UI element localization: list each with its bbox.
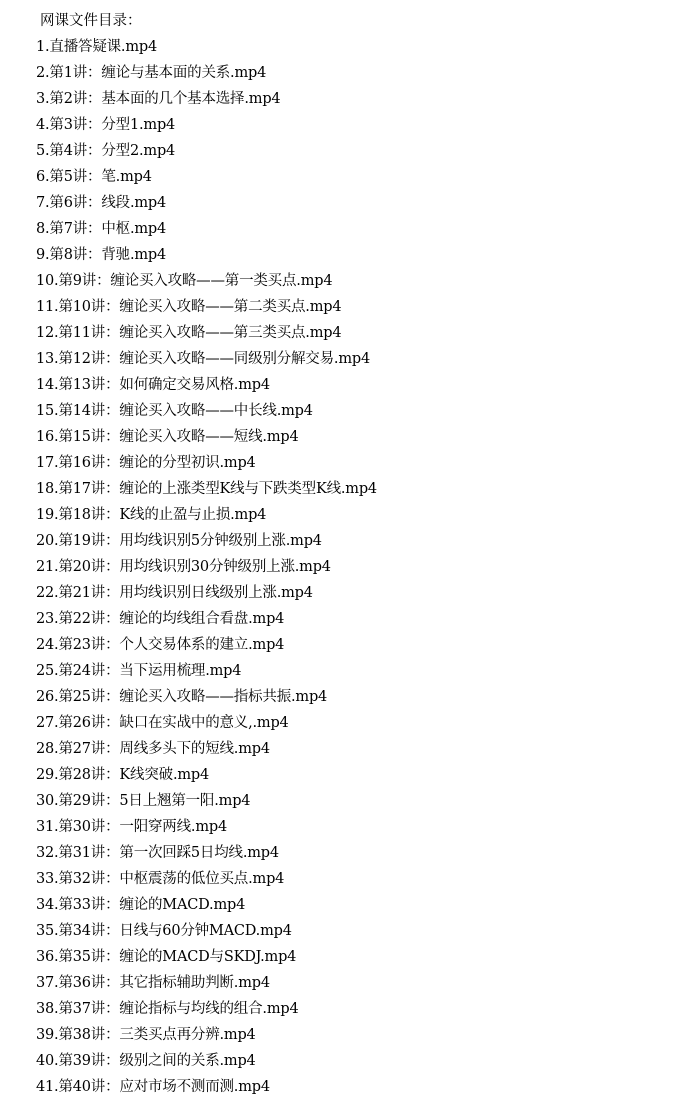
file-list-item: 28.第27讲：周线多头下的短线.mp4 — [36, 736, 377, 762]
file-list-item: 26.第25讲：缠论买入攻略——指标共振.mp4 — [36, 684, 377, 710]
file-list-item: 19.第18讲：K线的止盈与止损.mp4 — [36, 502, 377, 528]
file-list-item: 17.第16讲：缠论的分型初识.mp4 — [36, 450, 377, 476]
file-list-item: 1.直播答疑课.mp4 — [36, 34, 377, 60]
directory-title: 网课文件目录： — [36, 8, 377, 34]
file-list-item: 32.第31讲：第一次回踩5日均线.mp4 — [36, 840, 377, 866]
file-list-item: 24.第23讲：个人交易体系的建立.mp4 — [36, 632, 377, 658]
file-list-item: 14.第13讲：如何确定交易风格.mp4 — [36, 372, 377, 398]
file-list-item: 25.第24讲：当下运用梳理.mp4 — [36, 658, 377, 684]
file-list-item: 13.第12讲：缠论买入攻略——同级别分解交易.mp4 — [36, 346, 377, 372]
file-list-item: 37.第36讲：其它指标辅助判断.mp4 — [36, 970, 377, 996]
file-list-item: 20.第19讲：用均线识别5分钟级别上涨.mp4 — [36, 528, 377, 554]
file-list-item: 8.第7讲：中枢.mp4 — [36, 216, 377, 242]
file-list-item: 10.第9讲：缠论买入攻略——第一类买点.mp4 — [36, 268, 377, 294]
file-list-item: 39.第38讲：三类买点再分辨.mp4 — [36, 1022, 377, 1048]
file-list-item: 21.第20讲：用均线识别30分钟级别上涨.mp4 — [36, 554, 377, 580]
file-list-item: 6.第5讲：笔.mp4 — [36, 164, 377, 190]
file-list-item: 23.第22讲：缠论的均线组合看盘.mp4 — [36, 606, 377, 632]
file-list-item: 5.第4讲：分型2.mp4 — [36, 138, 377, 164]
file-list-item: 30.第29讲：5日上翘第一阳.mp4 — [36, 788, 377, 814]
file-list-item: 33.第32讲：中枢震荡的低位买点.mp4 — [36, 866, 377, 892]
file-list-item: 22.第21讲：用均线识别日线级别上涨.mp4 — [36, 580, 377, 606]
file-list-item: 34.第33讲：缠论的MACD.mp4 — [36, 892, 377, 918]
file-list-item: 3.第2讲：基本面的几个基本选择.mp4 — [36, 86, 377, 112]
file-list-item: 15.第14讲：缠论买入攻略——中长线.mp4 — [36, 398, 377, 424]
file-list-item: 36.第35讲：缠论的MACD与SKDJ.mp4 — [36, 944, 377, 970]
file-list-item: 9.第8讲：背驰.mp4 — [36, 242, 377, 268]
file-list-item: 16.第15讲：缠论买入攻略——短线.mp4 — [36, 424, 377, 450]
file-list-item: 18.第17讲：缠论的上涨类型K线与下跌类型K线.mp4 — [36, 476, 377, 502]
file-list: 1.直播答疑课.mp42.第1讲：缠论与基本面的关系.mp43.第2讲：基本面的… — [36, 34, 377, 1100]
file-list-item: 12.第11讲：缠论买入攻略——第三类买点.mp4 — [36, 320, 377, 346]
file-list-item: 11.第10讲：缠论买入攻略——第二类买点.mp4 — [36, 294, 377, 320]
file-list-item: 31.第30讲：一阳穿两线.mp4 — [36, 814, 377, 840]
file-list-item: 40.第39讲：级别之间的关系.mp4 — [36, 1048, 377, 1074]
file-list-item: 27.第26讲：缺口在实战中的意义,.mp4 — [36, 710, 377, 736]
file-list-item: 29.第28讲：K线突破.mp4 — [36, 762, 377, 788]
file-list-item: 35.第34讲：日线与60分钟MACD.mp4 — [36, 918, 377, 944]
file-list-item: 7.第6讲：线段.mp4 — [36, 190, 377, 216]
file-list-item: 41.第40讲：应对市场不测而测.mp4 — [36, 1074, 377, 1100]
course-file-directory: 网课文件目录： 1.直播答疑课.mp42.第1讲：缠论与基本面的关系.mp43.… — [36, 8, 377, 1100]
file-list-item: 2.第1讲：缠论与基本面的关系.mp4 — [36, 60, 377, 86]
file-list-item: 38.第37讲：缠论指标与均线的组合.mp4 — [36, 996, 377, 1022]
file-list-item: 4.第3讲：分型1.mp4 — [36, 112, 377, 138]
